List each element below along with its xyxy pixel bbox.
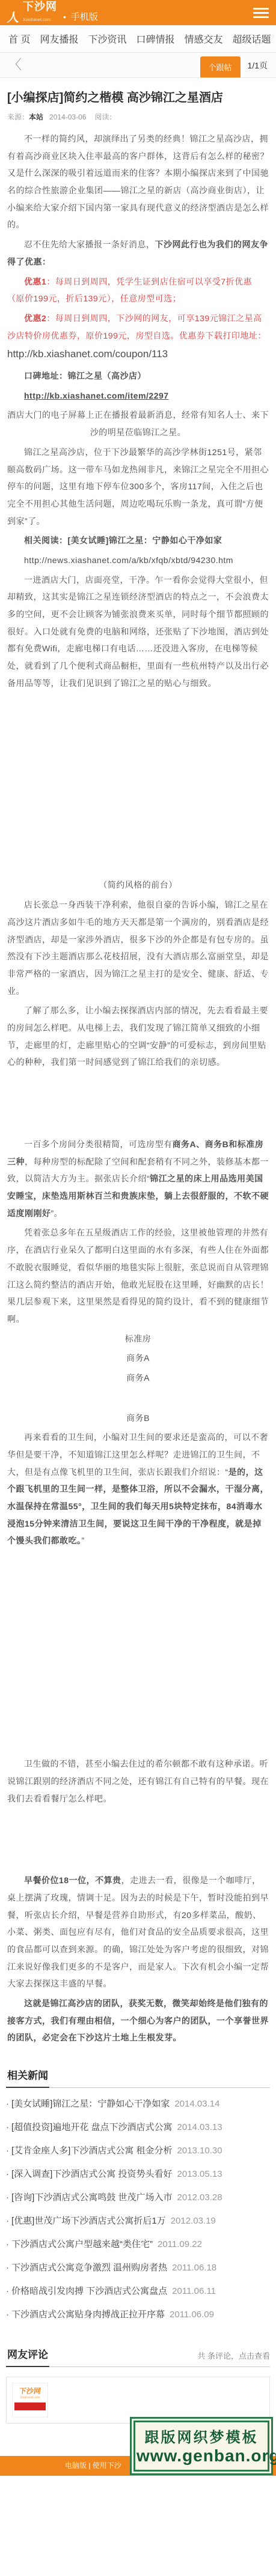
paragraph: 了解了那么多，让小编去探探酒店内部的情况，先去看看最主要的房间怎么样吧。从电梯上… xyxy=(7,1002,269,1071)
news-item[interactable]: [艾肯金座人多]下沙酒店式公寓 租金分析2013.10.30 xyxy=(6,2138,270,2162)
text-segment: 忍不住先给大家播报一条好消息， xyxy=(24,240,155,249)
text-segment: ”。 xyxy=(51,1208,63,1218)
image-caption: 商务B xyxy=(7,1410,269,1427)
edition-label: 手机版 xyxy=(71,10,98,24)
paragraph: 店长张总一身西装干净利索，他很自豪的告诉小编，锦江之星在高沙这片酒店多如牛毛的地… xyxy=(7,896,269,1000)
paragraph: 锦江之星高沙店，位于下沙最繁华的高沙学林街1251号，紧邻颐高数码广场。这一带车… xyxy=(7,444,269,529)
text-segment: 凭着张总多年在五星级酒店工作的经验，这里被他管理的井然有序，在酒店行业呆久了都明… xyxy=(7,1228,269,1323)
article-date: 2014-03-06 xyxy=(49,113,86,121)
news-item[interactable]: [深入调查]下沙酒店式公寓 投资势头看好2013.05.13 xyxy=(6,2162,270,2185)
page: 人 下沙网 Xiashanet.com • 手机版 首 页网友播报下沙资讯口碑情… xyxy=(0,0,276,2476)
site-logo[interactable]: 人 下沙网 Xiashanet.com • 手机版 xyxy=(7,1,98,24)
related-news-title: 相关新闻 xyxy=(6,2063,49,2088)
text-segment: 相关阅读：[美女试睡]锦江之星：宁静如心干净如家 xyxy=(24,535,222,545)
text-segment: 商务B xyxy=(126,1413,150,1423)
image-caption: 商务A xyxy=(7,1369,269,1387)
news-item-title: [优惠]世茂广场下沙酒店式公寓折后1万 xyxy=(11,2216,166,2226)
news-item-title: 下沙酒店式公寓竞争激烈 温州购房者热 xyxy=(11,2263,167,2273)
text-segment: 商务A xyxy=(126,1353,150,1363)
paragraph: 一进酒店大门，店面亮堂，干净。乍一看你会觉得大堂很小，但却精致，这其实是锦江之星… xyxy=(7,572,269,692)
nav-item-3[interactable]: 口碑情报 xyxy=(136,32,174,46)
news-item-title: 下沙酒店式公寓贴身肉搏战正拉开序幕 xyxy=(11,2309,165,2320)
paragraph: 这就是锦江高沙店的团队，获奖无数，微笑却始终是他们独有的接客方式，我们有理由相信… xyxy=(7,1995,269,2047)
news-item-date: 2012.03.19 xyxy=(171,2216,216,2226)
text-segment: 标准房 xyxy=(125,1334,152,1344)
news-item-title: 下沙酒店式公寓户型越来越“类住宅” xyxy=(11,2239,153,2249)
commenter-logo-text: 下沙网 xyxy=(14,2386,46,2396)
image-placeholder xyxy=(7,1073,269,1133)
inline-link[interactable]: http://news.xiashanet.com/a/kb/xfqb/xbtd… xyxy=(24,555,233,565)
text-segment: ” xyxy=(82,1536,85,1545)
text-segment: 商务A xyxy=(126,1373,150,1383)
news-item-title: [超值投资]遍地开花 盘点下沙酒店式公寓 xyxy=(11,2122,173,2132)
article-title: [小编探店]简约之楷模 高沙锦江之星酒店 xyxy=(7,90,269,106)
toolbar: 〈 个跟帖 1/1页 xyxy=(0,53,276,78)
image-caption: 商务A xyxy=(7,1350,269,1367)
menu-icon[interactable] xyxy=(253,8,269,18)
commenter-logo: 下沙网 Xiashanet.com xyxy=(12,2383,48,2418)
news-item-date: 2011.06.18 xyxy=(172,2263,216,2273)
text-segment: 锦江之星高沙店，位于下沙最繁华的高沙学林街1251号，紧邻颐高数码广场。这一带车… xyxy=(7,447,269,526)
news-item-date: 2014.03.13 xyxy=(177,2122,222,2132)
nav-item-4[interactable]: 情感交友 xyxy=(185,32,223,46)
comments-title: 网友评论 xyxy=(6,2342,49,2367)
logo-text: 下沙网 xyxy=(23,1,57,13)
text-segment: 早餐价位18一位，不算贵 xyxy=(24,1875,121,1885)
news-item[interactable]: 下沙酒店式公寓户型越来越“类住宅”2011.09.22 xyxy=(6,2232,270,2255)
news-item-title: [咨询]下沙酒店式公寓鸣鼓 世茂广场入市 xyxy=(11,2192,173,2203)
comments-header: 共 条评论，点击查看 网友评论 xyxy=(6,2342,270,2367)
related-news-list: [美女试睡]锦江之星：宁静如心干净如家2014.03.14[超值投资]遍地开花 … xyxy=(0,2088,276,2326)
back-icon[interactable]: 〈 xyxy=(8,59,22,72)
comments-tab-button[interactable]: 个跟帖 xyxy=(200,56,241,77)
logo-swoosh-icon: 人 xyxy=(7,12,20,24)
text-segment: 这就是锦江高沙店的团队，获奖无数，微笑却始终是他们独有的接客方式，我们有理由相信… xyxy=(7,1998,269,2042)
article: [小编探店]简约之楷模 高沙锦江之星酒店 来源：本站2014-03-06阅读： … xyxy=(0,90,276,2047)
news-item[interactable]: [美女试睡]锦江之星：宁静如心干净如家2014.03.14 xyxy=(6,2092,270,2115)
news-item[interactable]: 价格暗战引发肉搏 下沙酒店式公寓盘点2011.06.11 xyxy=(6,2279,270,2302)
text-segment: 不一样的简约风，却演绎出了另类的经典！锦江之星高沙店，拥有着高沙商业区块入住率最… xyxy=(7,134,269,229)
read-label: 阅读： xyxy=(94,113,116,121)
article-body: 不一样的简约风，却演绎出了另类的经典！锦江之星高沙店，拥有着高沙商业区块入住率最… xyxy=(7,130,269,2047)
comments-count-link[interactable]: 共 条评论，点击查看 xyxy=(197,2342,270,2361)
paragraph: 优惠2：每周日到周四，下沙网的网友，可享139元锦江之星高沙店特价房优惠券，原价… xyxy=(7,310,269,365)
source-value: 本站 xyxy=(29,113,43,121)
nav-item-0[interactable]: 首 页 xyxy=(8,32,30,46)
news-item-date: 2014.03.14 xyxy=(174,2099,219,2109)
news-item-title: [美女试睡]锦江之星：宁静如心干净如家 xyxy=(11,2099,170,2109)
paragraph: 口碑地址：锦江之星（高沙店） xyxy=(7,367,269,385)
news-item-title: [深入调查]下沙酒店式公寓 投资势头看好 xyxy=(11,2169,173,2179)
nav-item-2[interactable]: 下沙资讯 xyxy=(88,32,126,46)
nav-item-1[interactable]: 网友播报 xyxy=(40,32,78,46)
text-segment: 店长张总一身西装干净利索，他很自豪的告诉小编，锦江之星在高沙这片酒店多如牛毛的地… xyxy=(7,900,269,995)
commenter-logo-banner xyxy=(14,2403,46,2410)
app-header: 人 下沙网 Xiashanet.com • 手机版 xyxy=(0,0,276,25)
nav-bar: 首 页网友播报下沙资讯口碑情报情感交友超级话题 xyxy=(0,25,276,53)
text-segment: ，走进去一看，很像是一个咖啡厅，桌上摆满了玫瑰，情调十足。因为去的时候是下午，暂… xyxy=(7,1875,269,1988)
news-item[interactable]: 下沙酒店式公寓竞争激烈 温州购房者热2011.06.18 xyxy=(6,2255,270,2279)
news-item[interactable]: [优惠]世茂广场下沙酒店式公寓折后1万2012.03.19 xyxy=(6,2209,270,2232)
image-placeholder xyxy=(7,694,269,874)
image-placeholder xyxy=(7,1809,269,1869)
source-label: 来源： xyxy=(7,113,29,121)
paragraph: 忍不住先给大家播报一条好消息，下沙网此行也为我们的网友争得了优惠： xyxy=(7,236,269,270)
image-caption: （简约风格的前台） xyxy=(7,876,269,894)
text-segment: 优惠1 xyxy=(24,277,46,286)
watermark-line2: www.genban.org xyxy=(136,2446,266,2466)
text-segment: 酒店大门的电子屏幕上正在播报着最新消息，经常有知名人士、来下沙的明星莅临锦江之星… xyxy=(7,410,269,437)
logo-bullet: • xyxy=(63,12,66,22)
image-placeholder xyxy=(7,1552,269,1753)
paragraph: 早餐价位18一位，不算贵，走进去一看，很像是一个咖啡厅，桌上摆满了玫瑰，情调十足… xyxy=(7,1872,269,1992)
news-item[interactable]: [超值投资]遍地开花 盘点下沙酒店式公寓2014.03.13 xyxy=(6,2115,270,2138)
page-indicator: 1/1页 xyxy=(248,59,268,71)
paragraph: http://news.xiashanet.com/a/kb/xfqb/xbtd… xyxy=(7,552,269,569)
text-segment: 优惠2 xyxy=(24,313,46,323)
news-item-title: [艾肯金座人多]下沙酒店式公寓 租金分析 xyxy=(11,2146,173,2156)
article-meta: 来源：本站2014-03-06阅读： xyxy=(7,112,269,122)
inline-link[interactable]: http://kb.xiashanet.com/coupon/113 xyxy=(7,348,168,360)
image-caption: 酒店大门的电子屏幕上正在播报着最新消息，经常有知名人士、来下沙的明星莅临锦江之星… xyxy=(7,406,269,441)
text-segment: 一百多个房间分类很精简，可选房型有 xyxy=(24,1139,173,1149)
paragraph: 优惠1：每周日到周四，凭学生证到店住宿可以享受7折优惠（原价199元，折后139… xyxy=(7,273,269,307)
image-caption: 标准房 xyxy=(7,1330,269,1348)
inline-link[interactable]: http://kb.xiashanet.com/item/2297 xyxy=(24,391,169,400)
news-item-date: 2013.05.13 xyxy=(177,2169,222,2179)
text-segment: （简约风格的前台） xyxy=(99,880,177,890)
text-segment: ：每周日到周四，下沙网的网友，可享139元锦江之星高沙店特价房优惠券，原价199… xyxy=(7,313,266,340)
paragraph: http://kb.xiashanet.com/item/2297 xyxy=(7,387,269,405)
paragraph: 凭着张总多年在五星级酒店工作的经验，这里被他管理的井然有序，在酒店行业呆久了都明… xyxy=(7,1224,269,1327)
logo-subtext: Xiashanet.com xyxy=(23,18,51,22)
news-item[interactable]: 下沙酒店式公寓贴身肉搏战正拉开序幕2011.06.09 xyxy=(6,2302,270,2326)
news-item-date: 2011.09.22 xyxy=(158,2239,202,2249)
image-placeholder xyxy=(7,1389,269,1407)
news-item-date: 2013.10.30 xyxy=(177,2146,222,2156)
watermark: 跟版网织梦模板 www.genban.org xyxy=(130,2417,273,2475)
news-item-date: 2011.06.09 xyxy=(170,2309,214,2320)
paragraph: 不一样的简约风，却演绎出了另类的经典！锦江之星高沙店，拥有着高沙商业区块入住率最… xyxy=(7,130,269,234)
text-segment: 一进酒店大门，店面亮堂，干净。乍一看你会觉得大堂很小，但却精致，这其实是锦江之星… xyxy=(7,575,269,688)
text-segment: 口碑地址：锦江之星（高沙店） xyxy=(24,371,146,381)
paragraph: 相关阅读：[美女试睡]锦江之星：宁静如心干净如家 xyxy=(7,532,269,549)
related-news-header: 相关新闻 xyxy=(6,2063,270,2088)
text-segment: 是的，这个跟飞机里的卫生间一样，是整体卫浴，所以不会漏水，干湿分离，水温保持在常… xyxy=(7,1467,269,1546)
news-item[interactable]: [咨询]下沙酒店式公寓鸣鼓 世茂广场入市2012.03.28 xyxy=(6,2185,270,2209)
watermark-line1: 跟版网织梦模板 xyxy=(136,2425,266,2446)
news-item-title: 价格暗战引发肉搏 下沙酒店式公寓盘点 xyxy=(11,2286,167,2296)
paragraph: 一百多个房间分类很精简，可选房型有商务A、商务B和标准房三种，每种房型的标配除了… xyxy=(7,1136,269,1222)
news-item-date: 2012.03.28 xyxy=(177,2192,222,2203)
text-segment: 了解了那么多，让小编去探探酒店内部的情况，先去看看最主要的房间怎么样吧。从电梯上… xyxy=(7,1006,268,1067)
paragraph: 卫生做的不错，甚至小编去住过的希尔顿都不敢有这种承诺。听说锦江跟别的经济酒店不同… xyxy=(7,1755,269,1807)
paragraph: 再来看看的卫生间，小编对卫生间的要求还是蛮高的，可以不奢华但是要干净，不知道锦江… xyxy=(7,1429,269,1549)
commenter-logo-subtext: Xiashanet.com xyxy=(14,2396,46,2400)
news-item-date: 2011.06.11 xyxy=(172,2286,216,2296)
nav-item-5[interactable]: 超级话题 xyxy=(233,32,271,46)
footer-link[interactable]: 电脑版 | 使用下沙 xyxy=(65,2461,121,2470)
text-segment: 卫生做的不错，甚至小编去住过的希尔顿都不敢有这种承诺。听说锦江跟别的经济酒店不同… xyxy=(7,1759,269,1803)
